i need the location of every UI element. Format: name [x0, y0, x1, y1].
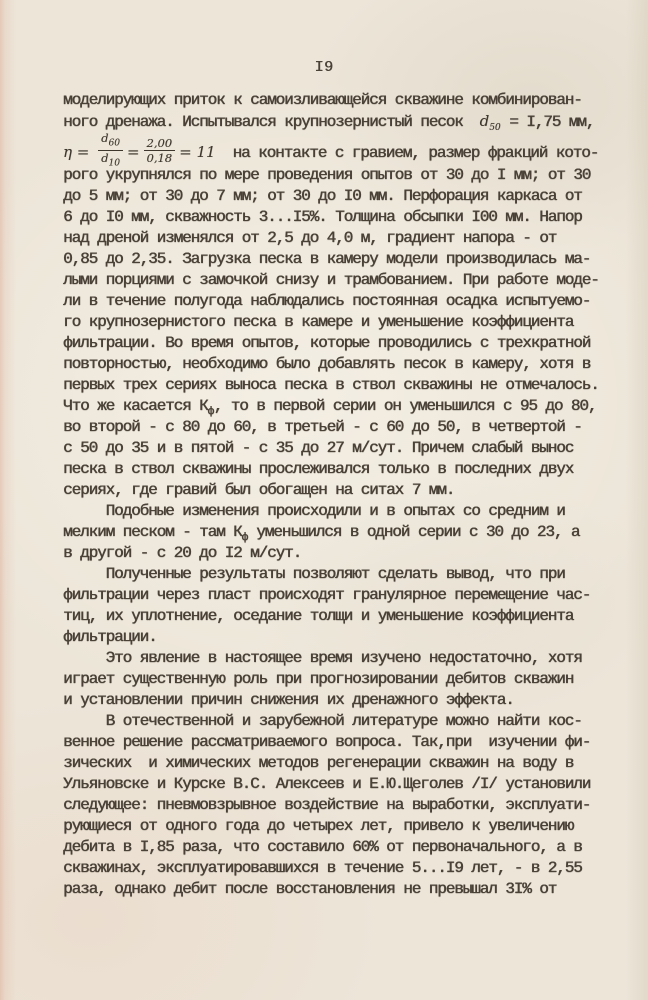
- text-line: зических и химических методов регенераци…: [63, 753, 597, 774]
- text-line: моделирующих приток к самоизливающейся с…: [63, 90, 597, 111]
- page-number: I9: [0, 59, 648, 76]
- text-line: дебита в I,85 раза, что составило 60% от…: [63, 837, 597, 858]
- handwritten-formula: d50: [480, 112, 501, 130]
- text-line: 6 до I0 мм, скважность 3...I5%. Толщина …: [63, 207, 597, 228]
- document-page: I9 моделирующих приток к самоизливающейс…: [0, 0, 648, 1000]
- text-line: рующиеся от одного года до четырех лет, …: [63, 816, 597, 837]
- text-line: фильтрации через пласт происходят гранул…: [63, 585, 597, 606]
- text-line: 0,85 до 2,35. Загрузка песка в камеру мо…: [63, 249, 597, 270]
- text-line: η = d60d10=2,000,18= 11 на контакте с гр…: [63, 132, 597, 165]
- text-line: го крупнозернистого песка в камере и уме…: [63, 312, 597, 333]
- text-line: во второй - с 80 до 60, в третьей - с 60…: [63, 417, 597, 438]
- text-line: Это явление в настоящее время изучено не…: [63, 648, 597, 669]
- text-line: Что же касается Кф, то в первой серии он…: [63, 396, 597, 417]
- text-line: Подобные изменения происходили и в опыта…: [63, 501, 597, 522]
- text-line: первых трех сериях выноса песка в ствол …: [63, 375, 597, 396]
- text-line: тиц, их уплотнение, оседание толщи и уме…: [63, 606, 597, 627]
- text-line: фильтрации.: [63, 627, 597, 648]
- handwritten-formula: η =: [63, 143, 94, 161]
- text-line: Ульяновске и Курске В.С. Алексеев и Е.Ю.…: [63, 774, 597, 795]
- text-line: рого укрупнялся по мере проведения опыто…: [63, 165, 597, 186]
- text-line: до 5 мм; от 30 до 7 мм; от 30 до I0 мм. …: [63, 186, 597, 207]
- text-line: сериях, где гравий был обогащен на ситах…: [63, 480, 597, 501]
- text-line: мелким песком - там Кф уменьшился в одно…: [63, 522, 597, 543]
- text-line: и установлении причин снижения их дренаж…: [63, 690, 597, 711]
- handwritten-formula: =: [127, 143, 140, 161]
- text-line: над дреной изменялся от 2,5 до 4,0 м, гр…: [63, 228, 597, 249]
- fraction: d60d10: [98, 132, 123, 169]
- text-line: скважинах, эксплуатировавшихся в течение…: [63, 858, 597, 879]
- fraction: 2,000,18: [144, 137, 176, 165]
- text-line: В отечественной и зарубежной литературе …: [63, 711, 597, 732]
- text-line: играет существенную роль при прогнозиров…: [63, 669, 597, 690]
- text-line: ли в течение полугода наблюдались постоя…: [63, 291, 597, 312]
- handwritten-formula: = 11: [179, 143, 215, 161]
- text-line: в другой - с 20 до I2 м/сут.: [63, 543, 597, 564]
- text-line: Полученные результаты позволяют сделать …: [63, 564, 597, 585]
- text-line: следующее: пневмовзрывное воздействие на…: [63, 795, 597, 816]
- text-line: повторностью, необходимо было добавлять …: [63, 354, 597, 375]
- text-line: песка в ствол скважины прослеживался тол…: [63, 459, 597, 480]
- text-line: с 50 до 35 и в пятой - с 35 до 27 м/сут.…: [63, 438, 597, 459]
- text-line: лыми порциями с замочкой снизу и трамбов…: [63, 270, 597, 291]
- page-text: моделирующих приток к самоизливающейся с…: [63, 90, 597, 900]
- text-line: фильтрации. Во время опытов, которые про…: [63, 333, 597, 354]
- text-line: ного дренажа. Испытывался крупнозернисты…: [63, 111, 597, 132]
- text-line: венное решение рассматриваемого вопроса.…: [63, 732, 597, 753]
- text-line: раза, однако дебит после восстановления …: [63, 879, 597, 900]
